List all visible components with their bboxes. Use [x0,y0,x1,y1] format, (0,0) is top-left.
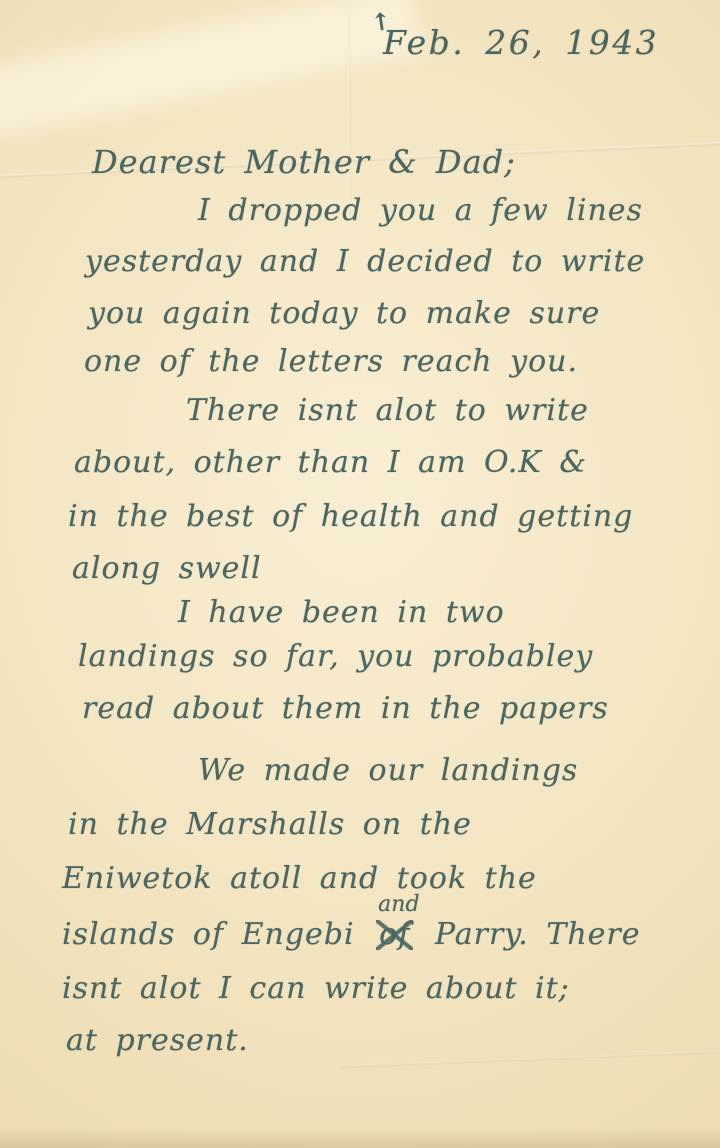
body-line: one of the letters reach you. [84,347,578,377]
date-text: Feb. 26, 1943 [383,23,659,62]
body-line: in the best of health and getting [68,502,633,532]
letter-date: ↑Feb. 26, 1943 [383,26,659,59]
body-line: read about them in the papers [82,694,609,724]
body-line: along swell [72,554,262,584]
edit-line-post: Parry. There [435,917,641,952]
body-line-with-edit: islands of Engebi and of Parry. There [62,920,641,950]
body-line: at present. [66,1026,249,1056]
edit-line-pre: islands of Engebi [62,917,355,952]
body-line: landings so far, you probabley [78,642,593,672]
salutation: Dearest Mother & Dad; [92,146,516,178]
arrow-up-mark: ↑ [369,9,395,36]
paper-edge-shadow [0,1128,720,1148]
paper-crease-top-left [0,0,422,145]
inline-edit: and of [376,920,413,950]
body-line: yesterday and I decided to write [85,247,645,277]
paper-crease-vertical [348,0,350,215]
body-line: We made our landings [198,756,578,786]
body-line: about, other than I am O.K & [74,448,587,478]
paper-crease-lower [340,1050,720,1067]
body-line: There isnt alot to write [186,396,589,426]
body-line: in the Marshalls on the [68,810,472,840]
letter-scan: ↑Feb. 26, 1943 Dearest Mother & Dad; I d… [0,0,720,1148]
body-line: Eniwetok atoll and took the [62,864,537,894]
inserted-word: and [378,894,419,916]
struck-out-word: of [376,920,413,950]
body-line: I have been in two [178,598,505,628]
body-line: I dropped you a few lines [198,196,643,226]
body-line: you again today to make sure [88,299,600,329]
body-line: isnt alot I can write about it; [62,974,570,1004]
